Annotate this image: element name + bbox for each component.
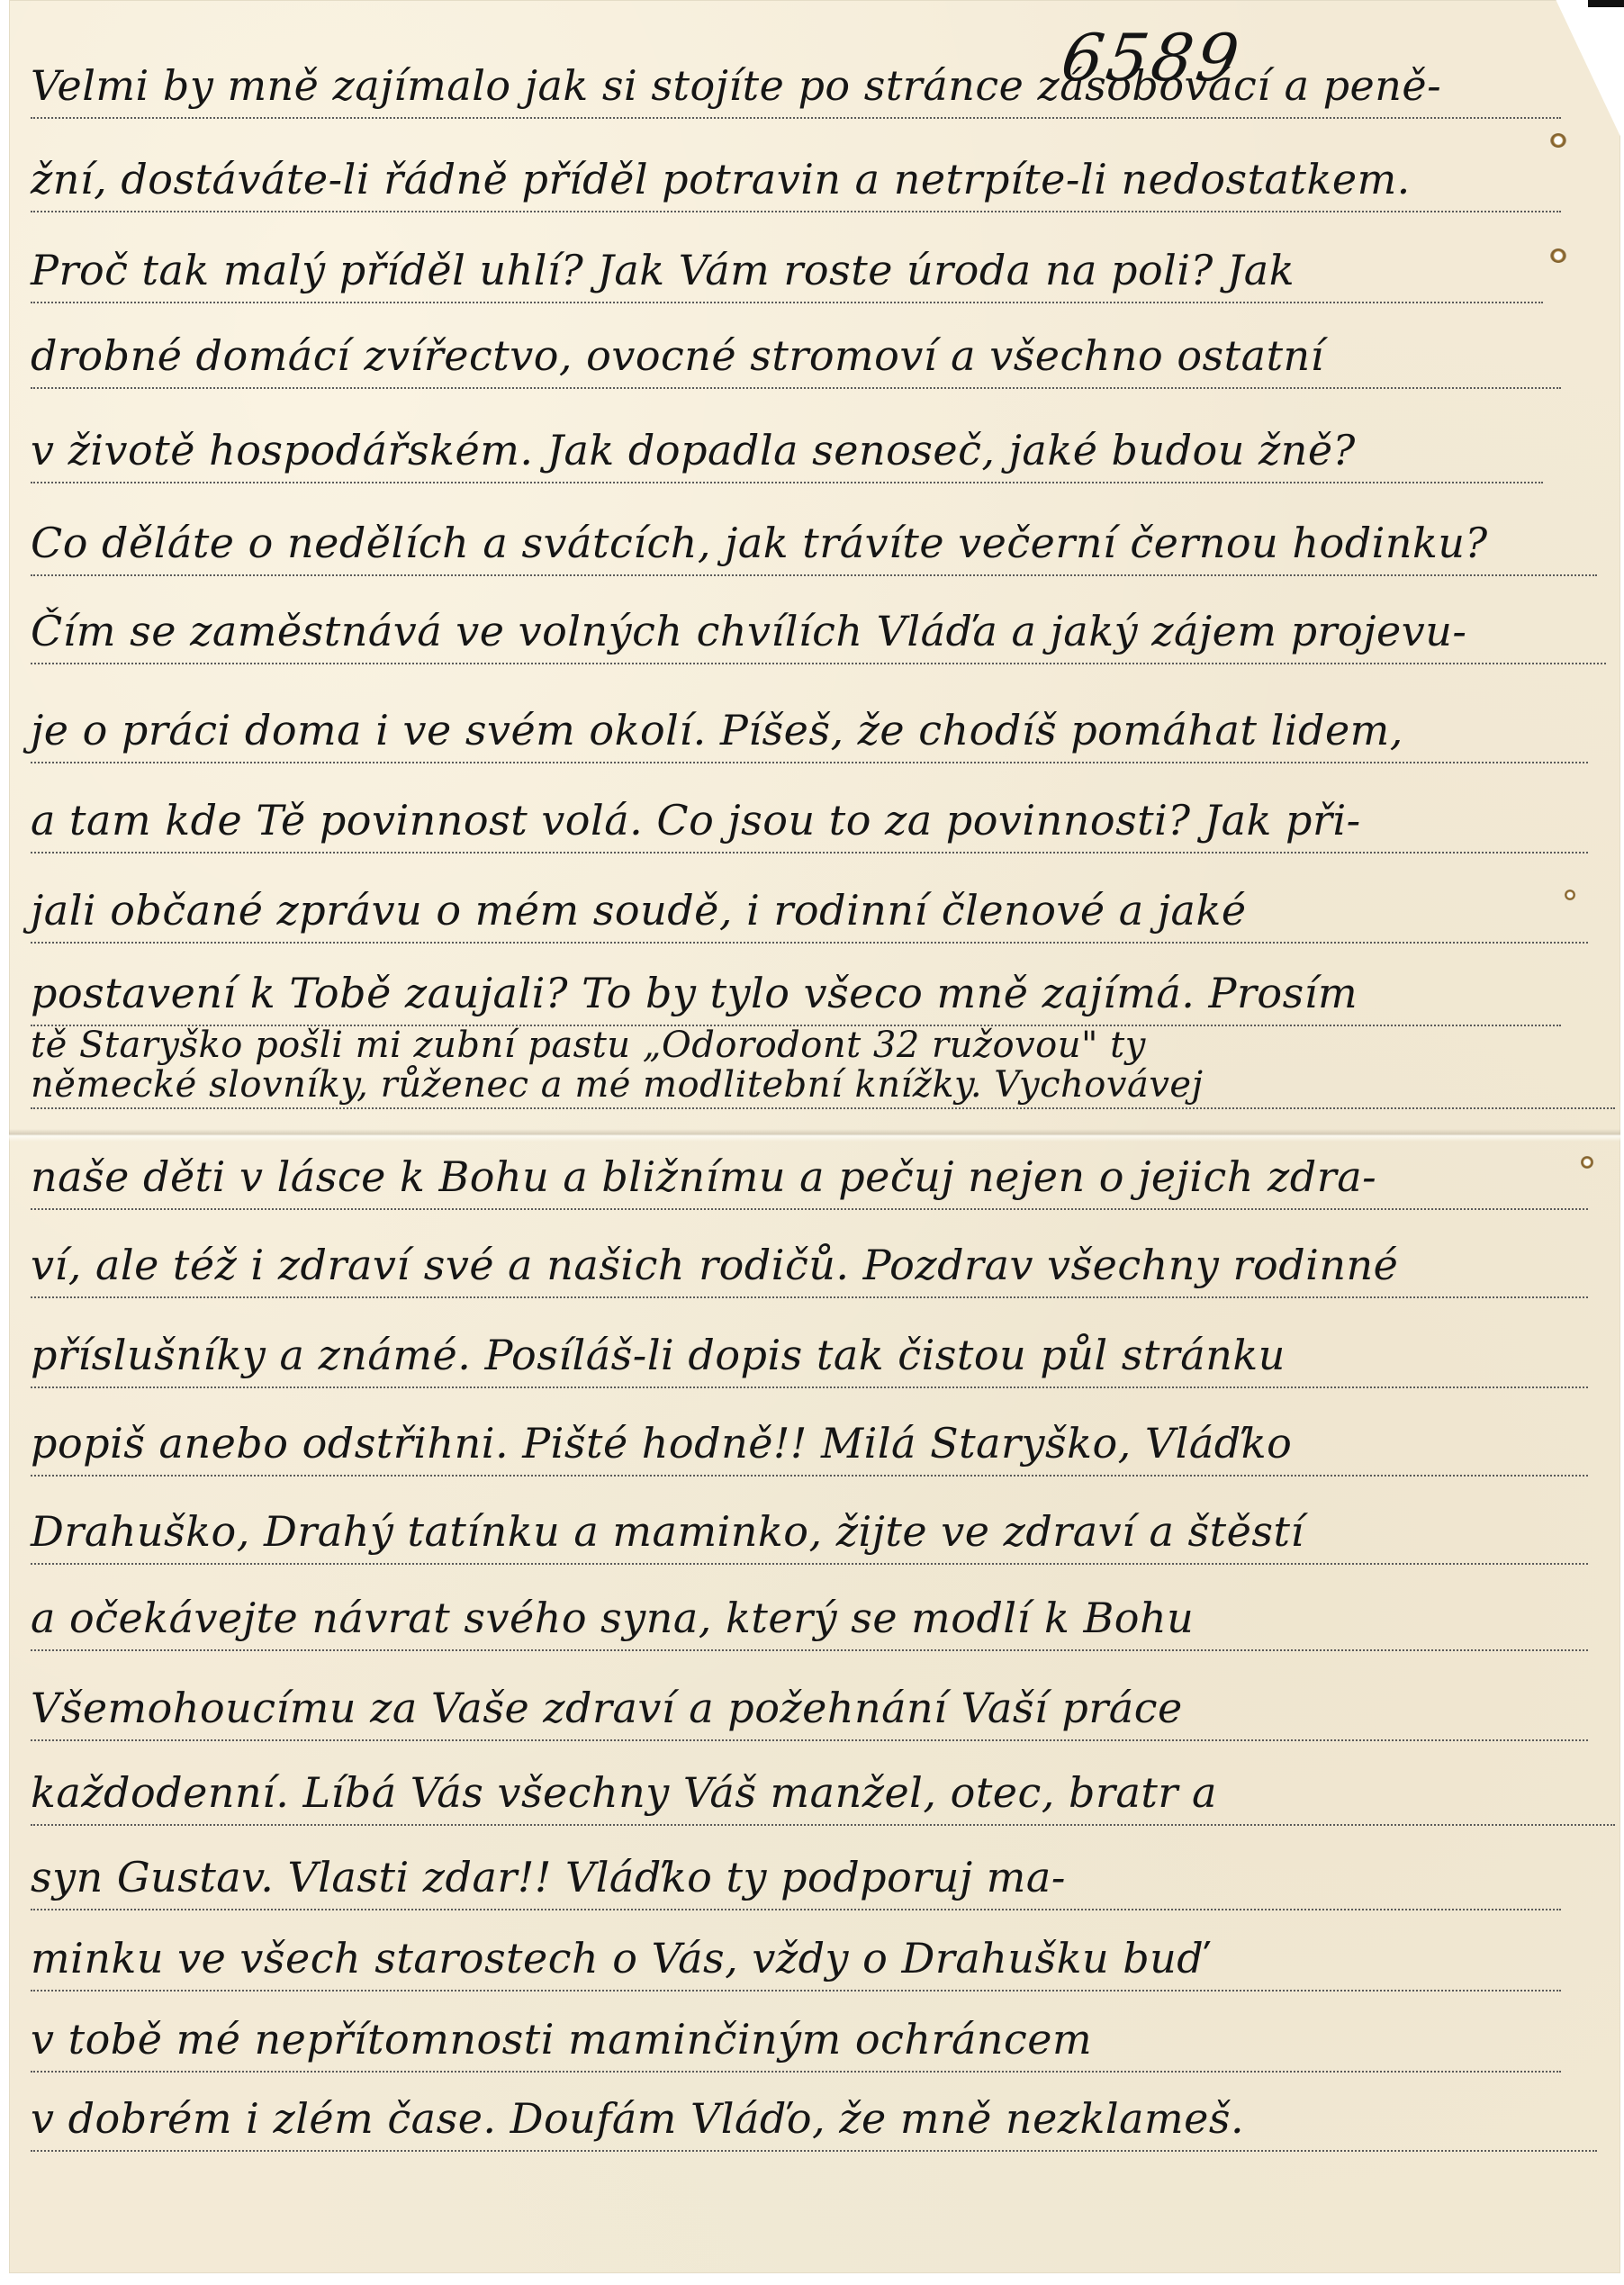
letter-line: minku ve všech starostech o Vás, vždy o …	[31, 1927, 1561, 1991]
letter-line: žní, dostáváte-li řádně příděl potravin …	[31, 148, 1561, 212]
rust-hole-lower	[1550, 248, 1566, 263]
letter-line: Všemohoucímu za Vaše zdraví a požehnání …	[31, 1676, 1588, 1741]
scan-corner-shadow	[1588, 0, 1624, 7]
letter-line: Čím se zaměstnává ve volných chvílích Vl…	[31, 600, 1606, 664]
paper-fold-crease	[9, 1129, 1620, 1142]
letter-line: v životě hospodářském. Jak dopadla senos…	[31, 419, 1543, 483]
letter-line: každodenní. Líbá Vás všechny Váš manžel,…	[31, 1761, 1615, 1826]
letter-line: v tobě mé nepřítomnosti maminčiným ochrá…	[31, 2008, 1561, 2073]
letter-line: příslušníky a známé. Posíláš-li dopis ta…	[31, 1323, 1588, 1388]
letter-line: Drahuško, Drahý tatínku a maminko, žijte…	[31, 1500, 1588, 1565]
letter-line: naše děti v lásce k Bohu a bližnímu a pe…	[31, 1145, 1588, 1210]
rust-hole-upper	[1550, 133, 1566, 148]
letter-line: jali občané zprávu o mém soudě, i rodinn…	[31, 879, 1588, 944]
letter-line: německé slovníky, růženec a mé modlitebn…	[31, 1062, 1615, 1109]
letter-line: Co děláte o nedělích a svátcích, jak trá…	[31, 511, 1597, 576]
letter-line: postavení k Tobě zaujali? To by tylo vše…	[31, 962, 1561, 1026]
letter-line-insert: tě Staryško pošli mi zubní pastu „Odorod…	[31, 1023, 1561, 1068]
letter-line: popiš anebo odstřihni. Pišté hodně!! Mil…	[31, 1412, 1588, 1477]
letter-line: v dobrém i zlém čase. Doufám Vláďo, že m…	[31, 2087, 1597, 2152]
letter-line: Proč tak malý příděl uhlí? Jak Vám roste…	[31, 239, 1543, 303]
letter-line: a tam kde Tě povinnost volá. Co jsou to …	[31, 789, 1588, 853]
letter-line: ví, ale též i zdraví své a našich rodičů…	[31, 1233, 1588, 1298]
letter-line: a očekávejte návrat svého syna, který se…	[31, 1586, 1588, 1651]
letter-line: drobné domácí zvířectvo, ovocné stromoví…	[31, 324, 1561, 389]
letter-line: Velmi by mně zajímalo jak si stojíte po …	[31, 54, 1561, 119]
letter-line: syn Gustav. Vlasti zdar!! Vláďko ty podp…	[31, 1846, 1561, 1910]
letter-line: je o práci doma i ve svém okolí. Píšeš, …	[31, 699, 1588, 763]
